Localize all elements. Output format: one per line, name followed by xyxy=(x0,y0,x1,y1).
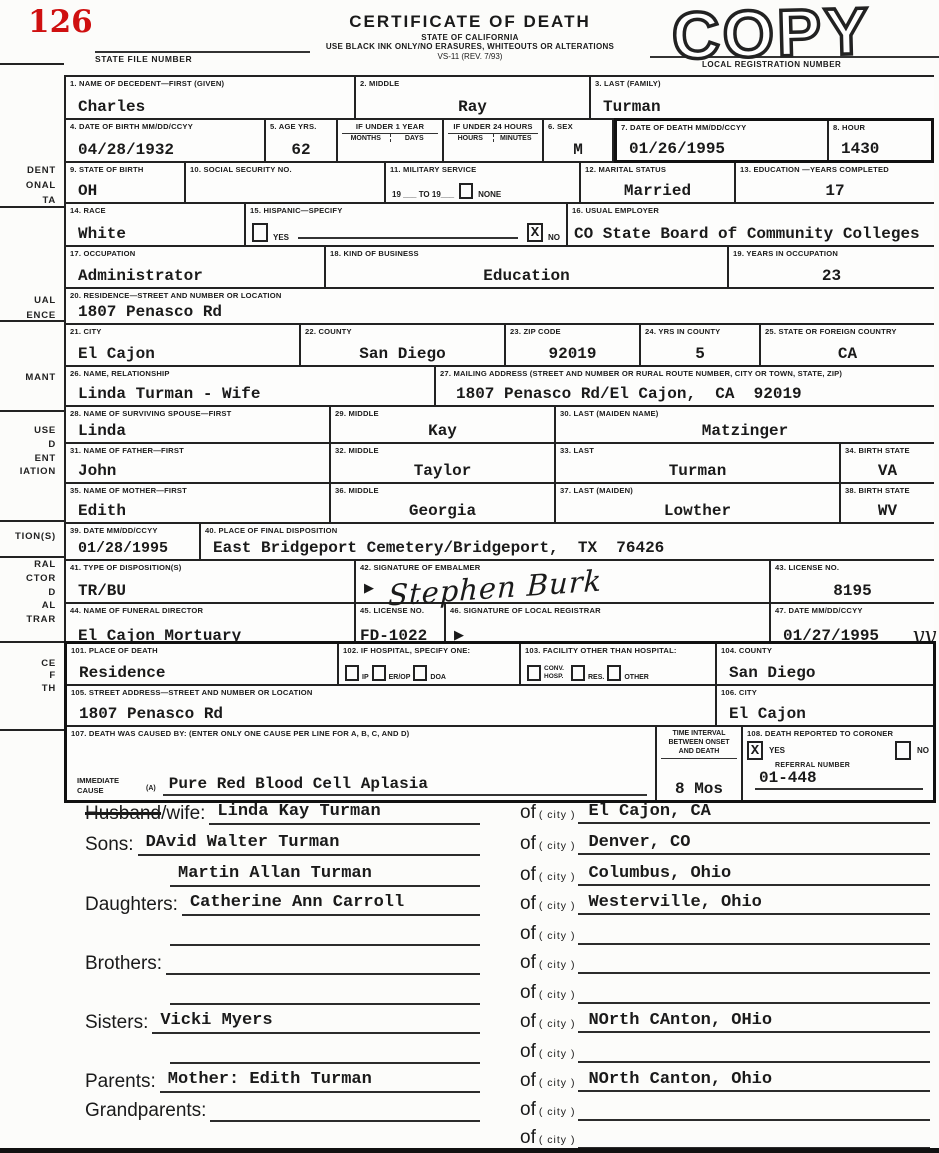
relative-city xyxy=(578,1042,930,1063)
margin-tick xyxy=(0,206,64,208)
box-father-first: 31. NAME OF FATHER—FIRST John xyxy=(66,444,331,482)
occupation-row: 17. OCCUPATION Administrator 18. KIND OF… xyxy=(66,247,934,289)
conv-hosp-checkbox xyxy=(527,665,541,681)
box-race: 14. RACE White xyxy=(66,204,246,245)
race-value: White xyxy=(78,225,126,243)
relative-row-spouse: Husband/wife:Linda Kay Turman of( city )… xyxy=(0,802,939,831)
spouse-middle-value: Kay xyxy=(331,422,554,440)
place-of-death-row: 101. PLACE OF DEATH Residence 102. IF HO… xyxy=(67,644,933,686)
margin-tick xyxy=(0,520,64,522)
relative-label: Sons: xyxy=(85,834,134,856)
of-label: of xyxy=(520,893,536,915)
form-revision: VS-11 (REV. 7/93) xyxy=(250,52,690,61)
immediate-cause-label: IMMEDIATE CAUSE xyxy=(77,776,139,796)
relative-city xyxy=(578,1128,930,1149)
box-death-county: 104. COUNTY San Diego xyxy=(717,644,933,684)
father-middle-value: Taylor xyxy=(331,462,554,480)
margin-tick xyxy=(0,63,64,65)
relative-city: El Cajon, CA xyxy=(578,802,930,824)
box-cause-of-death: 107. DEATH WAS CAUSED BY: (ENTER ONLY ON… xyxy=(67,727,657,800)
relative-name xyxy=(170,1041,480,1064)
relative-name: DAvid Walter Turman xyxy=(138,833,480,856)
erop-checkbox xyxy=(372,665,386,681)
cause-line-prefix: (A) xyxy=(146,785,156,796)
time-interval-value: 8 Mos xyxy=(657,780,741,798)
state-or-country-value: CA xyxy=(761,345,934,363)
of-label: of xyxy=(520,982,536,1004)
first-name-value: Charles xyxy=(78,98,145,116)
box-mother-middle: 36. MIDDLE Georgia xyxy=(331,484,556,522)
ink-instruction: USE BLACK INK ONLY/NO ERASURES, WHITEOUT… xyxy=(250,42,690,51)
state-file-number-line xyxy=(95,51,310,53)
father-row: 31. NAME OF FATHER—FIRST John 32. MIDDLE… xyxy=(66,444,934,484)
death-street-value: 1807 Penasco Rd xyxy=(79,705,223,723)
of-label: of xyxy=(520,1011,536,1033)
place-of-death-section: 101. PLACE OF DEATH Residence 102. IF HO… xyxy=(64,641,936,803)
mother-first-value: Edith xyxy=(78,502,126,520)
relative-name xyxy=(210,1099,480,1122)
relative-row-blank: of( city ) xyxy=(0,1041,939,1070)
ip-checkbox xyxy=(345,665,359,681)
city-label: ( city ) xyxy=(539,1077,576,1092)
relative-row-daughters: Daughters:Catherine Ann Carroll of( city… xyxy=(0,893,939,922)
of-label: of xyxy=(520,1127,536,1149)
of-label: of xyxy=(520,923,536,945)
margin-tick xyxy=(0,410,64,412)
box-embalmer-signature: 42. SIGNATURE OF EMBALMER ▶ Stephen Burk xyxy=(356,561,771,602)
name-row: 1. NAME OF DECEDENT—FIRST (GIVEN) Charle… xyxy=(66,77,934,120)
margin-disposition: TION(S) xyxy=(0,529,56,544)
relative-name xyxy=(170,923,480,946)
relative-row-sisters: Sisters:Vicki Myers of( city )NOrth CAnt… xyxy=(0,1011,939,1040)
box-father-last: 33. LAST Turman xyxy=(556,444,841,482)
residence-row: 20. RESIDENCE—STREET AND NUMBER OR LOCAT… xyxy=(66,289,934,325)
box-state-of-birth: 9. STATE OF BIRTH OH xyxy=(66,163,186,202)
city-label: ( city ) xyxy=(539,989,576,1004)
relative-row-blank: of( city ) xyxy=(0,923,939,952)
box-education: 13. EDUCATION —YEARS COMPLETED 17 xyxy=(736,163,934,202)
box-mother-maiden: 37. LAST (MAIDEN) Lowther xyxy=(556,484,841,522)
box-county: 22. COUNTY San Diego xyxy=(301,325,506,365)
last-name-value: Turman xyxy=(603,98,661,116)
mother-row: 35. NAME OF MOTHER—FIRST Edith 36. MIDDL… xyxy=(66,484,934,524)
embalmer-row: 41. TYPE OF DISPOSITION(S) TR/BU 42. SIG… xyxy=(66,561,934,604)
of-label: of xyxy=(520,802,536,824)
box-under-1-year: IF UNDER 1 YEAR MONTHS DAYS xyxy=(338,120,444,161)
margin-tick xyxy=(0,320,64,322)
relative-city: Westerville, Ohio xyxy=(578,893,930,915)
embalmer-license-value: 8195 xyxy=(771,582,934,600)
referral-number-value: 01-448 xyxy=(755,769,923,790)
city-label: ( city ) xyxy=(539,871,576,886)
box-type-of-disposition: 41. TYPE OF DISPOSITION(S) TR/BU xyxy=(66,561,356,602)
relative-city: NOrth CAnton, OHio xyxy=(578,1011,930,1033)
zip-value: 92019 xyxy=(506,345,639,363)
military-years-text: 19 ___ TO 19___ xyxy=(392,190,454,199)
of-label: of xyxy=(520,833,536,855)
box-mailing-address: 27. MAILING ADDRESS (STREET AND NUMBER O… xyxy=(436,367,934,405)
box-city: 21. CITY El Cajon xyxy=(66,325,301,365)
city-label: ( city ) xyxy=(539,1048,576,1063)
conv-hosp-label: CONV. HOSP. xyxy=(544,665,568,681)
box-time-interval: TIME INTERVAL BETWEEN ONSET AND DEATH 8 … xyxy=(657,727,743,800)
city-label: ( city ) xyxy=(539,840,576,855)
race-row: 14. RACE White 15. HISPANIC—SPECIFY YES … xyxy=(66,204,934,247)
res-checkbox xyxy=(571,665,585,681)
box-last-name: 3. LAST (FAMILY) Turman xyxy=(591,77,934,118)
of-label: of xyxy=(520,1070,536,1092)
coroner-no-checkbox xyxy=(895,741,911,760)
county-value: San Diego xyxy=(301,345,504,363)
date-of-death-group: 7. DATE OF DEATH MM/DD/CCYY 01/26/1995 8… xyxy=(614,118,934,163)
relative-city xyxy=(578,953,930,974)
relative-row-grandparents: Grandparents: of( city ) xyxy=(0,1099,939,1128)
type-of-disposition-value: TR/BU xyxy=(78,582,126,600)
relative-name xyxy=(166,952,480,975)
doa-checkbox xyxy=(413,665,427,681)
city-label: ( city ) xyxy=(539,1018,576,1033)
relative-label: Brothers: xyxy=(85,953,162,975)
relative-row-brothers: Brothers: of( city ) xyxy=(0,952,939,981)
spouse-first-value: Linda xyxy=(78,422,126,440)
relative-label: Grandparents: xyxy=(85,1100,206,1122)
box-date-of-death: 7. DATE OF DEATH MM/DD/CCYY 01/26/1995 xyxy=(617,121,829,160)
box-date-of-birth: 4. DATE OF BIRTH MM/DD/CCYY 04/28/1932 xyxy=(66,120,266,161)
final-disposition-value: East Bridgeport Cemetery/Bridgeport, TX … xyxy=(213,539,664,557)
box-years-in-occupation: 19. YEARS IN OCCUPATION 23 xyxy=(729,247,934,287)
box-kind-of-business: 18. KIND OF BUSINESS Education xyxy=(326,247,729,287)
death-certificate-page: 126 CERTIFICATE OF DEATH STATE OF CALIFO… xyxy=(0,0,939,1153)
mother-birth-state-value: WV xyxy=(841,502,934,520)
kind-of-business-value: Education xyxy=(326,267,727,285)
page-number: 126 xyxy=(28,4,93,40)
box-death-city: 106. CITY El Cajon xyxy=(717,686,933,725)
relative-city xyxy=(578,1100,930,1121)
signature-arrow-icon: ▶ xyxy=(364,581,374,594)
relative-name: Martin Allan Turman xyxy=(170,864,480,887)
coroner-yes-checkbox: X xyxy=(747,741,763,760)
date-of-birth-value: 04/28/1932 xyxy=(78,141,174,159)
minutes-col-label: MINUTES xyxy=(493,134,539,142)
margin-tick xyxy=(0,556,64,558)
mother-middle-value: Georgia xyxy=(331,502,554,520)
box-residence: 20. RESIDENCE—STREET AND NUMBER OR LOCAT… xyxy=(66,289,934,323)
margin-informant: MANT xyxy=(0,370,56,385)
coroner-yes-label: YES xyxy=(769,746,785,755)
relative-name: Vicki Myers xyxy=(152,1011,480,1034)
box-spouse-first: 28. NAME OF SURVIVING SPOUSE—FIRST Linda xyxy=(66,407,331,442)
state-of-birth-value: OH xyxy=(78,182,97,200)
city-label: ( city ) xyxy=(539,809,576,824)
relative-row-blank: of( city ) xyxy=(0,982,939,1011)
city-value: El Cajon xyxy=(78,345,155,363)
informant-row: 26. NAME, RELATIONSHIP Linda Turman - Wi… xyxy=(66,367,934,407)
relative-name: Catherine Ann Carroll xyxy=(182,893,480,916)
city-label: ( city ) xyxy=(539,959,576,974)
referral-number-label: REFERRAL NUMBER xyxy=(775,762,929,769)
box-occupation: 17. OCCUPATION Administrator xyxy=(66,247,326,287)
box-place-of-death: 101. PLACE OF DEATH Residence xyxy=(67,644,339,684)
hispanic-specify-line xyxy=(298,237,518,239)
erop-label: ER/OP xyxy=(389,674,411,681)
box-father-birth-state: 34. BIRTH STATE VA xyxy=(841,444,934,482)
hours-col-label: HOURS xyxy=(448,134,493,142)
city-label: ( city ) xyxy=(539,930,576,945)
date-of-death-value: 01/26/1995 xyxy=(629,140,725,158)
relative-row-sons: Sons:DAvid Walter Turman of( city )Denve… xyxy=(0,833,939,862)
city-county-row: 21. CITY El Cajon 22. COUNTY San Diego 2… xyxy=(66,325,934,367)
death-county-value: San Diego xyxy=(729,664,815,682)
sex-value: M xyxy=(544,141,612,159)
box-father-middle: 32. MIDDLE Taylor xyxy=(331,444,556,482)
box-final-disposition: 40. PLACE OF FINAL DISPOSITION East Brid… xyxy=(201,524,934,559)
other-checkbox xyxy=(607,665,621,681)
box-sex: 6. SEX M xyxy=(544,120,614,161)
box-zip: 23. ZIP CODE 92019 xyxy=(506,325,641,365)
coroner-no-label: NO xyxy=(917,746,929,755)
copy-stamp: COPY xyxy=(671,0,872,69)
margin-place-of-death: CE F TH xyxy=(0,658,56,695)
relative-name: Linda Kay Turman xyxy=(209,802,480,825)
box-hispanic: 15. HISPANIC—SPECIFY YES X NO xyxy=(246,204,568,245)
residence-value: 1807 Penasco Rd xyxy=(78,303,222,321)
box-state-or-country: 25. STATE OR FOREIGN COUNTRY CA xyxy=(761,325,934,365)
of-label: of xyxy=(520,952,536,974)
years-in-occupation-value: 23 xyxy=(729,267,934,285)
relative-label: Sisters: xyxy=(85,1012,148,1034)
mother-maiden-value: Lowther xyxy=(556,502,839,520)
hispanic-yes-label: YES xyxy=(273,233,289,242)
informant-value: Linda Turman - Wife xyxy=(78,385,260,403)
certificate-form: 1. NAME OF DECEDENT—FIRST (GIVEN) Charle… xyxy=(64,75,934,647)
box-mother-first: 35. NAME OF MOTHER—FIRST Edith xyxy=(66,484,331,522)
usual-employer-value: CO State Board of Community Colleges xyxy=(574,225,920,243)
relative-row-parents: Parents:Mother: Edith Turman of( city )N… xyxy=(0,1070,939,1099)
father-last-value: Turman xyxy=(556,462,839,480)
scan-bottom-edge xyxy=(0,1148,939,1153)
education-value: 17 xyxy=(736,182,934,200)
mailing-address-value: 1807 Penasco Rd/El Cajon, CA 92019 xyxy=(456,385,802,403)
of-label: of xyxy=(520,864,536,886)
military-none-checkbox xyxy=(459,183,473,199)
cause-of-death-row: 107. DEATH WAS CAUSED BY: (ENTER ONLY ON… xyxy=(67,727,933,800)
relative-city: NOrth Canton, Ohio xyxy=(578,1070,930,1092)
occupation-value: Administrator xyxy=(78,267,203,285)
hour-value: 1430 xyxy=(841,140,879,158)
spouse-maiden-value: Matzinger xyxy=(556,422,934,440)
box-usual-employer: 16. USUAL EMPLOYER CO State Board of Com… xyxy=(568,204,934,245)
father-first-value: John xyxy=(78,462,116,480)
margin-usual-residence: UAL ENCE xyxy=(0,293,56,323)
box-disposition-date: 39. DATE MM/DD/CCYY 01/28/1995 xyxy=(66,524,201,559)
death-city-value: El Cajon xyxy=(729,705,806,723)
father-birth-state-value: VA xyxy=(841,462,934,480)
city-label: ( city ) xyxy=(539,900,576,915)
box-if-hospital: 102. IF HOSPITAL, SPECIFY ONE: IP ER/OP … xyxy=(339,644,521,684)
box-age: 5. AGE YRS. 62 xyxy=(266,120,338,161)
city-label: ( city ) xyxy=(539,1134,576,1149)
disposition-row: 39. DATE MM/DD/CCYY 01/28/1995 40. PLACE… xyxy=(66,524,934,561)
cause-of-death-value: Pure Red Blood Cell Aplasia xyxy=(163,775,647,796)
days-col-label: DAYS xyxy=(390,134,439,142)
middle-name-value: Ray xyxy=(356,98,589,116)
state-subtitle: STATE OF CALIFORNIA xyxy=(250,33,690,42)
box-mother-birth-state: 38. BIRTH STATE WV xyxy=(841,484,934,522)
box-first-name: 1. NAME OF DECEDENT—FIRST (GIVEN) Charle… xyxy=(66,77,356,118)
marital-status-value: Married xyxy=(581,182,734,200)
relative-row-son-2: Martin Allan Turman of( city )Columbus, … xyxy=(0,864,939,893)
relative-name xyxy=(170,982,480,1005)
birth-death-row: 4. DATE OF BIRTH MM/DD/CCYY 04/28/1932 5… xyxy=(66,120,934,163)
relative-label: Parents: xyxy=(85,1071,156,1093)
box-ssn: 10. SOCIAL SECURITY NO. xyxy=(186,163,386,202)
of-label: of xyxy=(520,1099,536,1121)
years-in-county-value: 5 xyxy=(641,345,759,363)
box-middle-name: 2. MIDDLE Ray xyxy=(356,77,591,118)
other-label: OTHER xyxy=(624,674,649,681)
box-under-24-hours: IF UNDER 24 HOURS HOURS MINUTES xyxy=(444,120,544,161)
relative-name: Mother: Edith Turman xyxy=(160,1070,480,1093)
birth-state-row: 9. STATE OF BIRTH OH 10. SOCIAL SECURITY… xyxy=(66,163,934,204)
hispanic-yes-checkbox xyxy=(252,223,268,242)
box-spouse-maiden: 30. LAST (MAIDEN NAME) Matzinger xyxy=(556,407,934,442)
box-marital-status: 12. MARITAL STATUS Married xyxy=(581,163,736,202)
margin-funeral-registrar: RAL CTOR D AL TRAR xyxy=(0,558,56,627)
age-value: 62 xyxy=(266,141,336,159)
relative-label: Daughters: xyxy=(85,894,178,916)
place-of-death-value: Residence xyxy=(79,664,165,682)
disposition-date-value: 01/28/1995 xyxy=(78,540,168,557)
hispanic-no-label: NO xyxy=(548,233,560,242)
box-hour: 8. HOUR 1430 xyxy=(829,121,931,160)
margin-tick xyxy=(0,641,64,643)
box-death-street: 105. STREET ADDRESS—STREET AND NUMBER OR… xyxy=(67,686,717,725)
box-years-in-county: 24. YRS IN COUNTY 5 xyxy=(641,325,761,365)
relative-city: Denver, CO xyxy=(578,833,930,855)
relative-city xyxy=(578,924,930,945)
relative-label: Husband/wife: xyxy=(85,803,205,825)
registrar-arrow-icon: ▶ xyxy=(454,628,464,641)
spouse-row: 28. NAME OF SURVIVING SPOUSE—FIRST Linda… xyxy=(66,407,934,444)
res-label: RES. xyxy=(588,674,604,681)
of-label: of xyxy=(520,1041,536,1063)
death-address-row: 105. STREET ADDRESS—STREET AND NUMBER OR… xyxy=(67,686,933,727)
box-spouse-middle: 29. MIDDLE Kay xyxy=(331,407,556,442)
state-file-number-label: STATE FILE NUMBER xyxy=(95,54,192,64)
box-embalmer-license: 43. LICENSE NO. 8195 xyxy=(771,561,934,602)
hispanic-no-checkbox: X xyxy=(527,223,543,242)
city-label: ( city ) xyxy=(539,1106,576,1121)
doa-label: DOA xyxy=(430,674,446,681)
ip-label: IP xyxy=(362,674,369,681)
months-col-label: MONTHS xyxy=(342,134,390,142)
relative-city xyxy=(578,983,930,1004)
margin-decedent-data: DENT ONAL TA xyxy=(0,163,56,209)
margin-tick xyxy=(0,729,64,731)
military-none-label: NONE xyxy=(478,190,501,199)
box-military-service: 11. MILITARY SERVICE 19 ___ TO 19___ NON… xyxy=(386,163,581,202)
relative-city: Columbus, Ohio xyxy=(578,864,930,886)
margin-spouse-parent: USE D ENT IATION xyxy=(0,424,56,479)
box-coroner: 108. DEATH REPORTED TO CORONER X YES NO … xyxy=(743,727,933,800)
certificate-title: CERTIFICATE OF DEATH xyxy=(250,12,690,32)
box-informant: 26. NAME, RELATIONSHIP Linda Turman - Wi… xyxy=(66,367,436,405)
box-facility-other: 103. FACILITY OTHER THAN HOSPITAL: CONV.… xyxy=(521,644,717,684)
